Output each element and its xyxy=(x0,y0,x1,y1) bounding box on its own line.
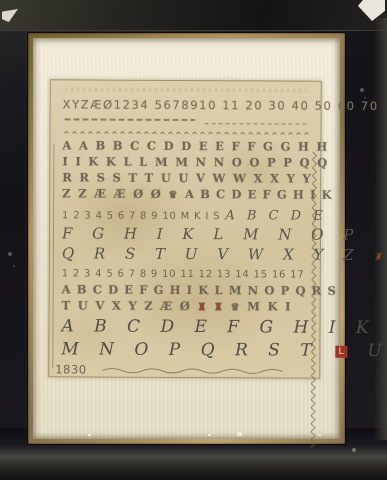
red-block-letter: L xyxy=(335,346,347,358)
mat-board: XYZÆØ1234 5678910 11 20 30 40 50 60 70 A… xyxy=(33,38,340,439)
row-top-numbers: XYZÆØ1234 5678910 11 20 30 40 50 60 70 xyxy=(63,97,309,112)
wavy-underline xyxy=(101,367,291,375)
sampler-photo: XYZÆØ1234 5678910 11 20 30 40 50 60 70 A… xyxy=(0,0,387,480)
faint-pattern-band xyxy=(65,87,307,92)
crown-motif-icon: ♛ xyxy=(231,302,242,313)
row-script-large-2-letters: M N O P Q R S T xyxy=(61,339,314,360)
row-alphabet-4-letters: Z Z Æ Æ Ø Ø xyxy=(62,186,163,201)
red-figure-motifs-icon: ♜ ♜ xyxy=(197,302,224,313)
row-alphabet-2: I I K K L L M M N N O O P P Q Q xyxy=(62,153,308,170)
frame-top-moulding xyxy=(0,0,387,31)
row-script-small: A B C D E xyxy=(225,208,324,224)
row-numbers-3: 1 2 3 4 5 6 7 8 9 10 11 12 13 14 15 16 1… xyxy=(62,266,308,282)
row-script-large-2: M N O P Q R S T L U V xyxy=(61,338,307,362)
row-script-2-letters: Q R S T U V W X Y Z xyxy=(62,244,357,264)
year-row: 1830 xyxy=(61,362,307,377)
stitched-divider-lines xyxy=(65,118,307,124)
row-script-large-2-end: U V xyxy=(367,341,387,361)
frame-scuff-marks xyxy=(0,0,2,2)
row-numbers-2: 1 2 3 4 5 6 7 8 9 10 M K I S A B C D E xyxy=(62,203,308,224)
embroidered-sampler: XYZÆØ1234 5678910 11 20 30 40 50 60 70 A… xyxy=(48,79,322,378)
stitched-rows: XYZÆØ1234 5678910 11 20 30 40 50 60 70 A… xyxy=(49,80,321,377)
row-script-2: Q R S T U V W X Y Z ♜ ♜ xyxy=(62,243,308,267)
row-alphabet-3: R R S S T T U U V W W X X Y Y xyxy=(62,169,308,186)
zigzag-border-top xyxy=(62,130,308,135)
row-alphabet-6: T U V X Y Z Æ Ø ♜ ♜ ♛ M K I xyxy=(62,297,308,316)
row-alphabet-4-small-letters: A B C D E F G H I K xyxy=(185,187,333,202)
row-numbers-2-digits: 1 2 3 4 5 6 7 8 9 10 M K I S xyxy=(62,210,220,222)
row-alphabet-5: A B C D E F G H I K L M N O P Q R S xyxy=(62,281,308,298)
row-alphabet-1: A A B B C C D D E E F F G G H H xyxy=(62,137,308,154)
row-script-1: F G H I K L M N O P xyxy=(62,223,308,244)
row-script-large-1: A B C D E F G H I K L xyxy=(61,315,307,339)
crown-motif-icon: ♛ xyxy=(168,190,179,201)
row-alphabet-6-letters: T U V X Y Z Æ Ø xyxy=(62,298,192,313)
liner-wear-flecks xyxy=(88,434,91,436)
gilt-liner: XYZÆØ1234 5678910 11 20 30 40 50 60 70 A… xyxy=(28,33,345,444)
red-figure-motifs-icon: ♜ ♜ xyxy=(373,252,387,263)
stitched-year: 1830 xyxy=(55,362,86,376)
row-alphabet-4: Z Z Æ Æ Ø Ø ♛ A B C D E F G H I K xyxy=(62,185,308,204)
frame-right-edge xyxy=(374,18,387,440)
row-alphabet-6-end: M K I xyxy=(247,299,292,313)
